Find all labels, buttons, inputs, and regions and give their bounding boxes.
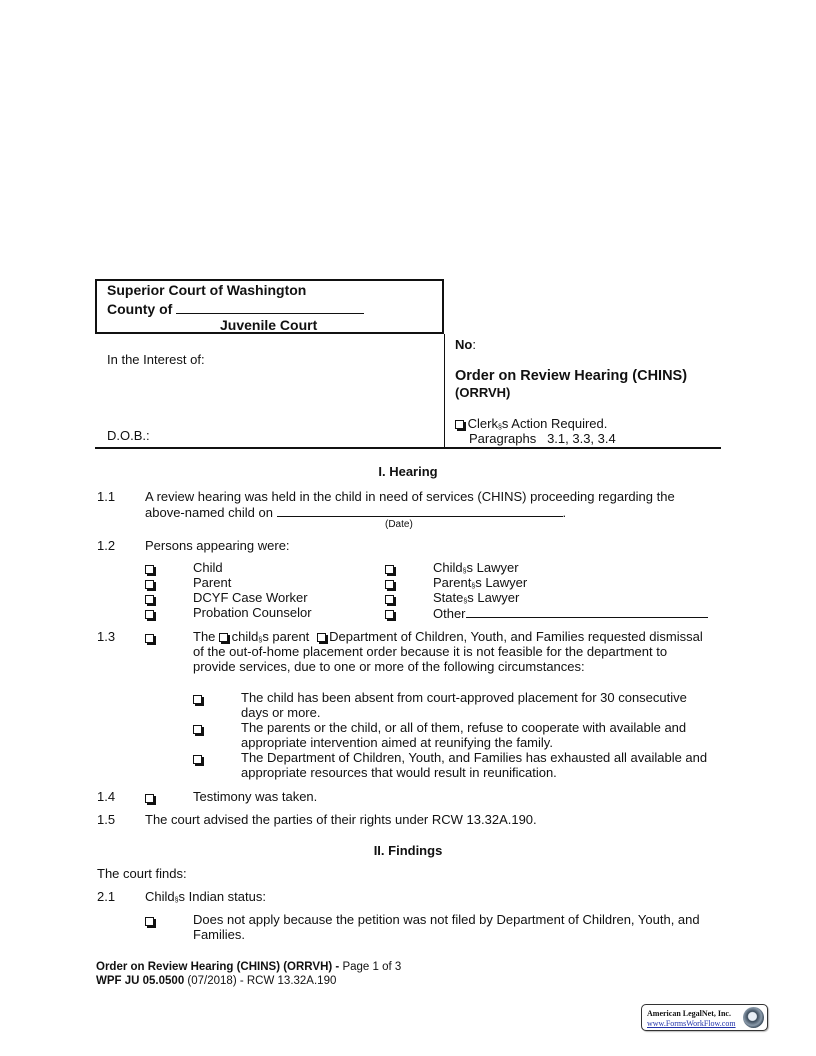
county-label: County of	[107, 301, 172, 317]
logo-company: American LegalNet, Inc.	[647, 1009, 731, 1018]
circumstance-line2: days or more.	[241, 705, 320, 720]
para-1-3-checkbox[interactable]	[145, 634, 154, 643]
childs-parent-checkbox[interactable]	[219, 633, 228, 642]
section-heading-hearing: I. Hearing	[95, 464, 721, 479]
lawyer-pre: Other	[433, 606, 466, 621]
para-1-5-text: The court advised the parties of their r…	[145, 812, 537, 827]
person-checkbox[interactable]	[145, 580, 154, 589]
hearing-date-field[interactable]	[277, 504, 563, 517]
person-label: DCYF Case Worker	[193, 590, 308, 605]
case-number-colon: :	[472, 337, 476, 352]
circumstance-line1: The child has been absent from court-app…	[241, 690, 687, 705]
caption-bottom-rule	[95, 447, 721, 449]
person-label: Child	[193, 560, 223, 575]
circumstance-line2: appropriate intervention aimed at reunif…	[241, 735, 553, 750]
form-revision: (07/2018) - RCW 13.32A.190	[187, 975, 336, 987]
clerk-label-post: s Action Required.	[502, 416, 608, 431]
person-checkbox[interactable]	[145, 610, 154, 619]
lawyer-pre: Parent	[433, 575, 471, 590]
logo-url-link[interactable]: www.FormsWorkFlow.com	[647, 1019, 736, 1028]
section-heading-findings: II. Findings	[95, 843, 721, 858]
opt2-text: Department of Children, Youth, and Famil…	[329, 629, 703, 644]
paragraphs-label: Paragraphs	[469, 431, 536, 446]
para-2-1-text: Child§s Indian status:	[145, 889, 266, 908]
footer-title: Order on Review Hearing (CHINS) (ORRVH) …	[96, 961, 339, 973]
para-1-1-number: 1.1	[97, 489, 115, 504]
person-checkbox[interactable]	[145, 565, 154, 574]
circumstance-checkbox[interactable]	[193, 695, 202, 704]
paragraphs-line: Paragraphs 3.1, 3.3, 3.4	[469, 431, 616, 446]
circumstance-checkbox[interactable]	[193, 755, 202, 764]
clerk-label-pre: Clerk	[468, 416, 498, 431]
lawyer-checkbox[interactable]	[385, 580, 394, 589]
does-not-apply-checkbox[interactable]	[145, 917, 154, 926]
para-1-2-number: 1.2	[97, 538, 115, 553]
lawyer-label: Other	[433, 605, 708, 621]
case-number-label: No	[455, 337, 472, 352]
dcyf-checkbox[interactable]	[317, 633, 326, 642]
opt1-pre: child	[232, 629, 259, 644]
paragraphs-value: 3.1, 3.3, 3.4	[547, 431, 616, 446]
para-1-3-number: 1.3	[97, 629, 115, 644]
para-1-4-number: 1.4	[97, 789, 115, 804]
legalnet-logo[interactable]: American LegalNet, Inc. www.FormsWorkFlo…	[641, 1004, 768, 1031]
circumstance-checkbox[interactable]	[193, 725, 202, 734]
dob-label: D.O.B.:	[107, 428, 150, 443]
footer-line2: WPF JU 05.0500 (07/2018) - RCW 13.32A.19…	[96, 975, 336, 987]
court-name: Superior Court of Washington	[107, 283, 306, 298]
para-2-1-number: 2.1	[97, 889, 115, 904]
the-word: The	[193, 629, 215, 644]
county-field[interactable]	[176, 301, 364, 314]
clerk-action-checkbox[interactable]	[455, 420, 464, 429]
does-not-apply-line1: Does not apply because the petition was …	[193, 912, 700, 927]
in-the-interest-of-label: In the Interest of:	[107, 352, 205, 367]
para-1-3-line3: provide services, due to one or more of …	[193, 659, 585, 674]
circumstance-line1: The parents or the child, or all of them…	[241, 720, 686, 735]
para-1-2-text: Persons appearing were:	[145, 538, 290, 553]
p21-pre: Child	[145, 889, 175, 904]
lawyer-checkbox[interactable]	[385, 565, 394, 574]
circumstance-line1: The Department of Children, Youth, and F…	[241, 750, 707, 765]
caption-divider	[444, 334, 445, 447]
circumstance-line2: appropriate resources that would result …	[241, 765, 557, 780]
footer-line1: Order on Review Hearing (CHINS) (ORRVH) …	[96, 961, 401, 973]
person-label: Probation Counselor	[193, 605, 312, 620]
lawyer-pre: State	[433, 590, 463, 605]
person-label: Parent	[193, 575, 231, 590]
county-line: County of	[107, 301, 364, 317]
p21-post: s Indian status:	[179, 889, 266, 904]
person-checkbox[interactable]	[145, 595, 154, 604]
para-1-1-line2: above-named child on .	[145, 504, 566, 520]
document-code: (ORRVH)	[455, 385, 510, 400]
case-number: No:	[455, 337, 476, 352]
para-1-1-line1: A review hearing was held in the child i…	[145, 489, 675, 504]
date-caption: (Date)	[385, 519, 413, 530]
testimony-checkbox[interactable]	[145, 794, 154, 803]
para-1-3-line2: of the out-of-home placement order becau…	[193, 644, 667, 659]
globe-icon	[743, 1007, 764, 1028]
para-1-1-text: above-named child on	[145, 505, 273, 520]
lawyer-post: s Lawyer	[467, 590, 519, 605]
lawyer-checkbox[interactable]	[385, 595, 394, 604]
page-number: Page 1 of 3	[342, 961, 401, 973]
para-1-5-number: 1.5	[97, 812, 115, 827]
opt1-post: s parent	[262, 629, 309, 644]
form-number: WPF JU 05.0500	[96, 975, 184, 987]
does-not-apply-line2: Families.	[193, 927, 245, 942]
juvenile-court-label: Juvenile Court	[220, 318, 317, 333]
lawyer-pre: Child	[433, 560, 463, 575]
lawyer-post: s Lawyer	[475, 575, 527, 590]
lawyer-post: s Lawyer	[467, 560, 519, 575]
document-title: Order on Review Hearing (CHINS)	[455, 368, 687, 384]
para-1-4-text: Testimony was taken.	[193, 789, 317, 804]
lawyer-checkbox[interactable]	[385, 610, 394, 619]
other-field[interactable]	[466, 605, 708, 618]
court-finds-intro: The court finds:	[97, 866, 187, 881]
